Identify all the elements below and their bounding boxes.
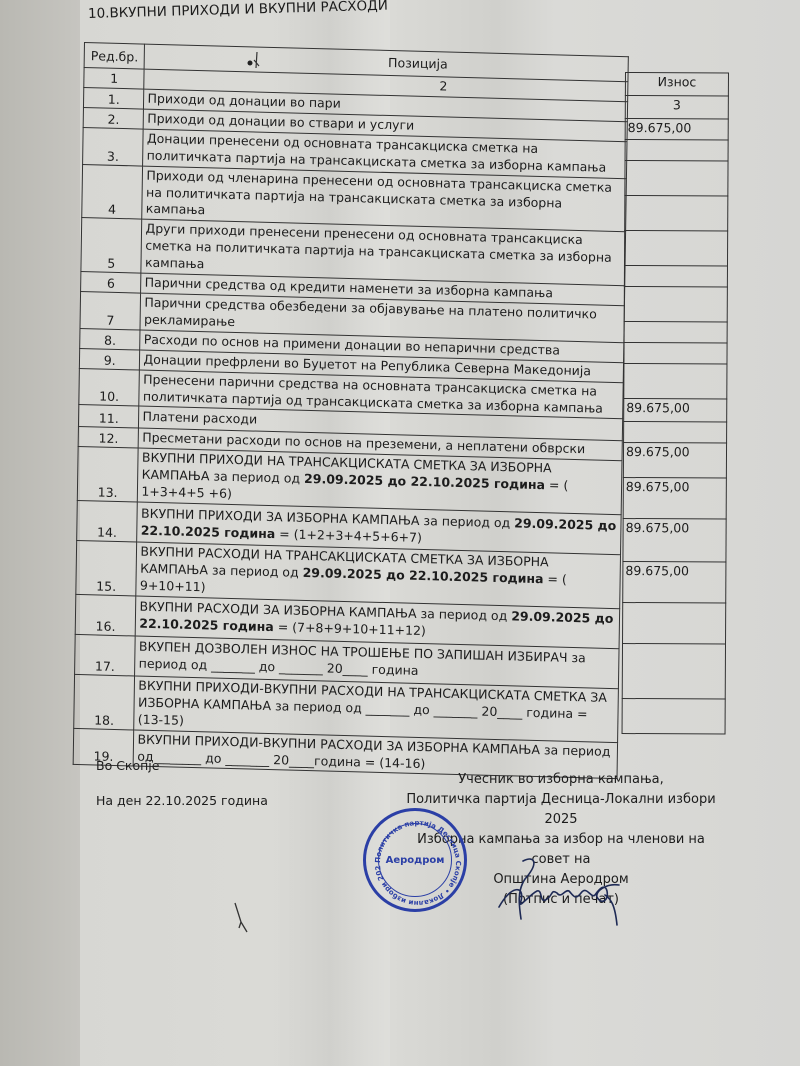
row-amount [623,602,726,644]
ink-mark-icon [245,50,265,72]
amount-row: 89.675,00 [624,398,727,422]
row-amount [624,231,727,267]
row-number: 11. [78,405,139,429]
signature-icon [495,855,635,935]
amount-body: Износ 3 89.675,0089.675,0089.675,0089.67… [622,73,728,735]
signer-line: Учесник во изборна кампања, [396,770,726,790]
amount-row [624,363,727,399]
row-number: 14. [77,500,138,542]
row-amount [625,196,728,232]
position-text: = (7+8+9+10+11+12) [274,619,426,638]
row-amount [624,342,727,364]
row-number: 16. [75,594,136,636]
row-amount: 89.675,00 [623,561,726,603]
stamp-center-text: Аеродром [386,855,445,866]
row-amount [625,161,728,197]
amount-row [625,161,728,197]
amount-row [624,342,727,364]
row-amount [624,286,727,322]
row-amount: 89.675,00 [623,442,726,478]
table-body: 1.Приходи од донации во пари2.Приходи од… [73,87,627,779]
amount-row [625,196,728,232]
row-amount: 89.675,00 [624,398,727,422]
amount-row: 89.675,00 [623,561,726,603]
header-amount: Износ [625,73,728,97]
row-amount: 89.675,00 [623,518,726,562]
row-amount: 89.675,00 [625,119,728,141]
income-expense-table: Ред.бр. Позиција 1 2 1.Приходи од донаци… [73,42,629,780]
place-text: Во Скопје [96,758,159,773]
row-number: 4 [82,164,143,219]
amount-row: 89.675,00 [623,477,726,519]
official-stamp: Политичка партија Десница Скопје • Локал… [363,808,467,912]
row-number: 13. [77,447,138,502]
row-number: 18. [74,674,135,730]
amount-row [624,265,727,287]
amount-row: 89.675,00 [625,119,728,141]
row-amount [622,643,725,699]
index-amount: 3 [625,96,728,120]
row-number: 17. [75,634,136,676]
row-amount [624,321,727,343]
amount-row: 89.675,00 [623,518,726,562]
row-number: 15. [76,540,137,595]
amount-row [623,602,726,644]
index-no: 1 [84,68,145,89]
header-no: Ред.бр. [84,43,145,70]
amount-row [622,643,725,699]
position-text: = (1+2+3+4+5+6+7) [275,526,422,545]
pen-mark-icon [233,900,253,940]
row-number: 10. [79,368,140,406]
row-amount [622,698,725,734]
amount-row [624,286,727,322]
row-number: 9. [79,348,140,370]
amount-row [624,421,727,443]
row-number: 5 [81,218,142,273]
row-number: 7 [80,291,141,329]
row-number: 3. [83,127,144,165]
amount-column: Износ 3 89.675,0089.675,0089.675,0089.67… [622,72,729,735]
date-text: На ден 22.10.2025 година [96,793,268,808]
amount-row [622,698,725,734]
row-amount [625,140,728,162]
amount-row: 89.675,00 [623,442,726,478]
row-amount [624,421,727,443]
row-amount: 89.675,00 [623,477,726,519]
row-number: 12. [78,427,139,449]
row-number: 8. [80,328,141,350]
amount-row [625,140,728,162]
amount-row [624,231,727,267]
amount-row [624,321,727,343]
row-number: 6 [81,271,142,293]
row-number: 2. [83,107,144,129]
row-amount [624,265,727,287]
row-number: 1. [83,87,144,109]
amount-table: Износ 3 89.675,0089.675,0089.675,0089.67… [622,72,729,735]
row-amount [624,363,727,399]
